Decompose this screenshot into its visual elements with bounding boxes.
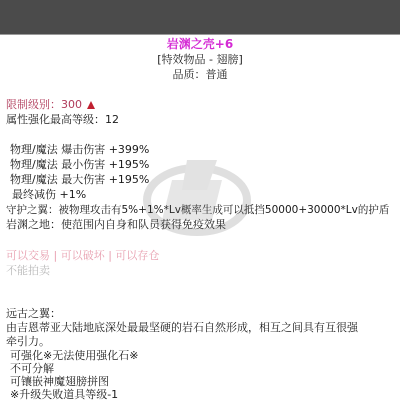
note-puzzle: 可镶嵌神魔翅膀拼图 [10,375,109,389]
stat-min-damage: 物理/魔法 最小伤害 +195% [10,158,149,172]
skill-guardian-wing: 守护之翼：被物理攻击有5%+1%*Lv概率生成可以抵挡50000+30000*L… [6,203,389,217]
item-name: 岩渊之壳+6 [0,36,400,52]
item-quality: 品质：普通 [0,67,400,82]
stat-final-reduction: 最终减伤 +1% [12,188,86,202]
item-type: [特效物品 - 翅膀] [0,52,400,67]
skill-rock-abyss: 岩渊之地：使范围内自身和队员获得免疫效果 [6,218,226,232]
note-upgrade-fail: ※升级失败道具等级-1 [10,388,118,400]
lore-heading: 远古之翼： [6,307,61,321]
note-enhance: 可强化※无法使用强化石※ [10,349,138,363]
lore-text-line1: 由吉恩蒂亚大陆地底深处最最坚硬的岩石自然形成，相互之间具有互很强 [6,321,358,335]
top-bar-divider [0,34,400,35]
up-triangle-icon [87,101,95,109]
note-no-disassemble: 不可分解 [10,362,54,376]
stat-crit-damage: 物理/魔法 爆击伤害 +399% [10,143,149,157]
auction-flag: 不能拍卖 [6,264,50,278]
item-header: 岩渊之壳+6 [特效物品 - 翅膀] 品质：普通 [0,36,400,82]
stat-max-damage: 物理/魔法 最大伤害 +195% [10,173,149,187]
top-bar [0,0,400,34]
lore-text-line2: 牵引力。 [6,335,50,349]
level-requirement-text: 限制级别：300 [6,98,82,111]
max-enhance-level: 属性强化最高等级：12 [6,113,119,127]
level-requirement: 限制级别：300 [6,98,95,112]
trade-flags: 可以交易 | 可以破坏 | 可以存仓 [6,249,159,263]
